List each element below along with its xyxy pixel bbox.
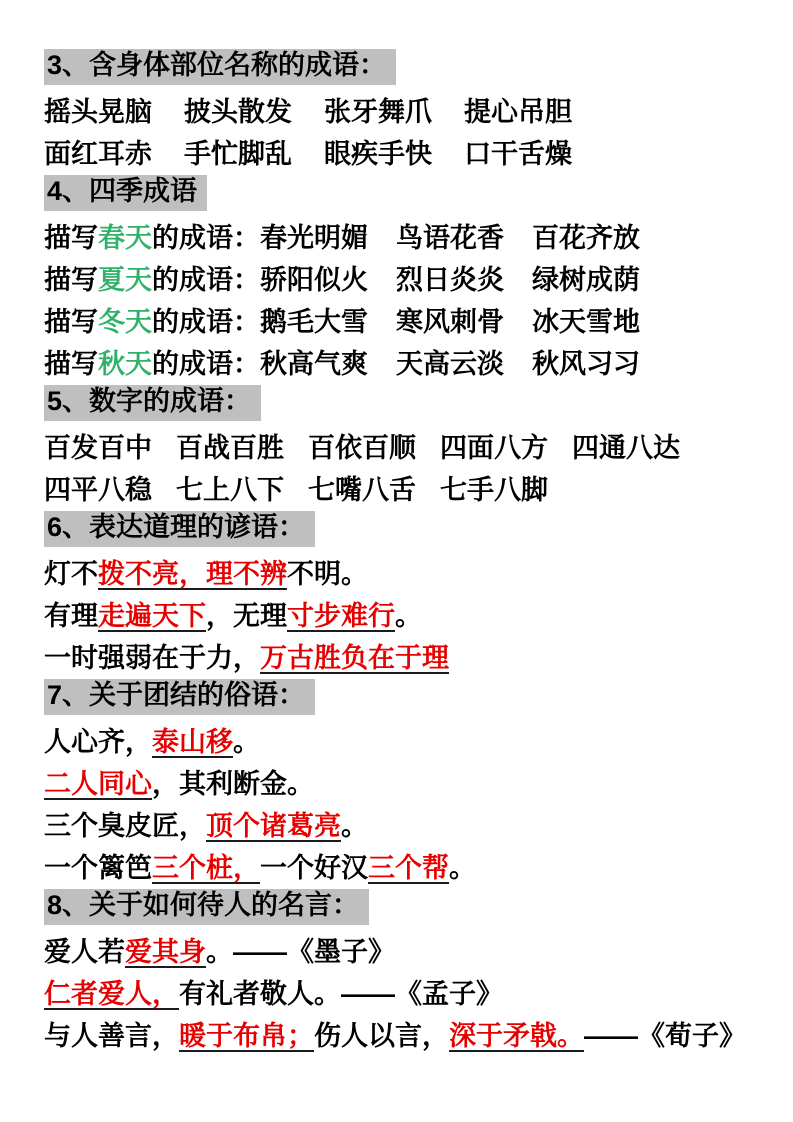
idiom: 手忙脚乱 <box>184 132 292 171</box>
quote-emphasis: 仁者爱人， <box>44 972 179 1011</box>
season-prefix: 描写 <box>44 258 98 297</box>
idiom: 四通八达 <box>572 426 680 465</box>
idiom: 秋风习习 <box>532 342 640 381</box>
proverb-text: 灯不 <box>44 552 98 591</box>
saying-text: 。 <box>233 720 260 759</box>
section-4-heading-row: 4、四季成语 <box>44 172 773 214</box>
section-7-heading-row: 7、关于团结的俗语： <box>44 676 773 718</box>
idiom: 天高云淡 <box>396 342 504 381</box>
proverb-emphasis: 拨不亮， <box>98 552 206 591</box>
section-6-heading: 6、表达道理的谚语： <box>44 511 315 547</box>
season-word: 春天 <box>98 216 152 255</box>
idiom-row: 面红耳赤 手忙脚乱 眼疾手快 口干舌燥 <box>44 130 773 172</box>
idiom: 冰天雪地 <box>532 300 640 339</box>
proverb-emphasis: 走遍天下 <box>98 594 206 633</box>
proverb-text: 有理 <box>44 594 98 633</box>
saying-text: 。 <box>341 804 368 843</box>
idiom: 四平八稳 <box>44 468 152 507</box>
idiom: 眼疾手快 <box>324 132 432 171</box>
idiom: 披头散发 <box>184 90 292 129</box>
quote-text: 爱人若 <box>44 930 125 969</box>
quote-emphasis: 爱其身 <box>125 930 206 969</box>
proverb-emphasis: 万古胜负在于理 <box>260 636 449 675</box>
quote-text: ——《荀子》 <box>584 1014 746 1053</box>
section-6-heading-row: 6、表达道理的谚语： <box>44 508 773 550</box>
season-line-spring: 描写春天的成语：春光明媚鸟语花香百花齐放 <box>44 214 773 256</box>
idiom: 七嘴八舌 <box>308 468 416 507</box>
saying-emphasis: 二人同心 <box>44 762 152 801</box>
quote-line: 仁者爱人，有礼者敬人。——《孟子》 <box>44 970 773 1012</box>
saying-text: 一个好汉 <box>260 846 368 885</box>
idiom: 七上八下 <box>176 468 284 507</box>
saying-line: 人心齐，泰山移。 <box>44 718 773 760</box>
section-4-heading: 4、四季成语 <box>44 175 207 211</box>
idiom: 百花齐放 <box>532 216 640 255</box>
saying-line: 二人同心，其利断金。 <box>44 760 773 802</box>
saying-emphasis: 泰山移 <box>152 720 233 759</box>
season-suffix: 的成语： <box>152 300 260 339</box>
idiom: 面红耳赤 <box>44 132 152 171</box>
quote-text: 与人善言， <box>44 1014 179 1053</box>
quote-emphasis: 暖于布帛； <box>179 1014 314 1053</box>
section-5-heading: 5、数字的成语： <box>44 385 261 421</box>
season-line-summer: 描写夏天的成语：骄阳似火烈日炎炎绿树成荫 <box>44 256 773 298</box>
quote-emphasis: 深于矛戟。 <box>449 1014 584 1053</box>
idiom: 口干舌燥 <box>464 132 572 171</box>
section-8-heading: 8、关于如何待人的名言： <box>44 889 369 925</box>
season-line-autumn: 描写秋天的成语：秋高气爽天高云淡秋风习习 <box>44 340 773 382</box>
study-notes-page: 3、含身体部位名称的成语： 摇头晃脑 披头散发 张牙舞爪 提心吊胆 面红耳赤 手… <box>0 0 793 1054</box>
idiom: 百战百胜 <box>176 426 284 465</box>
saying-text: 。 <box>449 846 476 885</box>
season-word: 秋天 <box>98 342 152 381</box>
idiom: 百依百顺 <box>308 426 416 465</box>
season-prefix: 描写 <box>44 342 98 381</box>
quote-text: 。——《墨子》 <box>206 930 395 969</box>
proverb-line: 有理走遍天下，无理寸步难行。 <box>44 592 773 634</box>
saying-text: 人心齐， <box>44 720 152 759</box>
idiom: 秋高气爽 <box>260 342 368 381</box>
idiom: 寒风刺骨 <box>396 300 504 339</box>
idiom: 摇头晃脑 <box>44 90 152 129</box>
proverb-line: 灯不拨不亮，理不辨不明。 <box>44 550 773 592</box>
quote-text: 伤人以言， <box>314 1014 449 1053</box>
quote-line: 与人善言，暖于布帛；伤人以言，深于矛戟。——《荀子》 <box>44 1012 773 1054</box>
proverb-emphasis: 寸步难行 <box>287 594 395 633</box>
season-prefix: 描写 <box>44 300 98 339</box>
idiom: 绿树成荫 <box>532 258 640 297</box>
season-suffix: 的成语： <box>152 258 260 297</box>
saying-text: ，其利断金。 <box>152 762 314 801</box>
idiom-row: 四平八稳 七上八下 七嘴八舌 七手八脚 <box>44 466 773 508</box>
saying-text: 一个篱笆 <box>44 846 152 885</box>
section-3-heading: 3、含身体部位名称的成语： <box>44 49 396 85</box>
idiom-row: 摇头晃脑 披头散发 张牙舞爪 提心吊胆 <box>44 88 773 130</box>
saying-emphasis: 顶个诸葛亮 <box>206 804 341 843</box>
season-prefix: 描写 <box>44 216 98 255</box>
proverb-text: 不明。 <box>287 552 368 591</box>
proverb-text: 一时强弱在于力， <box>44 636 260 675</box>
idiom: 提心吊胆 <box>464 90 572 129</box>
section-5-heading-row: 5、数字的成语： <box>44 382 773 424</box>
section-3-heading-row: 3、含身体部位名称的成语： <box>44 46 773 88</box>
saying-emphasis: 三个桩， <box>152 846 260 885</box>
proverb-emphasis: 理不辨 <box>206 552 287 591</box>
saying-line: 三个臭皮匠，顶个诸葛亮。 <box>44 802 773 844</box>
season-line-winter: 描写冬天的成语：鹅毛大雪寒风刺骨冰天雪地 <box>44 298 773 340</box>
quote-text: 有礼者敬人。——《孟子》 <box>179 972 503 1011</box>
saying-line: 一个篱笆三个桩，一个好汉三个帮。 <box>44 844 773 886</box>
section-7-heading: 7、关于团结的俗语： <box>44 679 315 715</box>
proverb-text: ，无理 <box>206 594 287 633</box>
idiom: 张牙舞爪 <box>324 90 432 129</box>
quote-line: 爱人若爱其身。——《墨子》 <box>44 928 773 970</box>
idiom: 四面八方 <box>440 426 548 465</box>
idiom: 春光明媚 <box>260 216 368 255</box>
idiom: 鹅毛大雪 <box>260 300 368 339</box>
idiom: 骄阳似火 <box>260 258 368 297</box>
idiom: 百发百中 <box>44 426 152 465</box>
season-word: 夏天 <box>98 258 152 297</box>
idiom: 鸟语花香 <box>396 216 504 255</box>
proverb-text: 。 <box>395 594 422 633</box>
idiom: 七手八脚 <box>440 468 548 507</box>
season-suffix: 的成语： <box>152 342 260 381</box>
season-word: 冬天 <box>98 300 152 339</box>
season-suffix: 的成语： <box>152 216 260 255</box>
proverb-line: 一时强弱在于力，万古胜负在于理 <box>44 634 773 676</box>
idiom: 烈日炎炎 <box>396 258 504 297</box>
section-8-heading-row: 8、关于如何待人的名言： <box>44 886 773 928</box>
idiom-row: 百发百中 百战百胜 百依百顺 四面八方 四通八达 <box>44 424 773 466</box>
saying-text: 三个臭皮匠， <box>44 804 206 843</box>
saying-emphasis: 三个帮 <box>368 846 449 885</box>
